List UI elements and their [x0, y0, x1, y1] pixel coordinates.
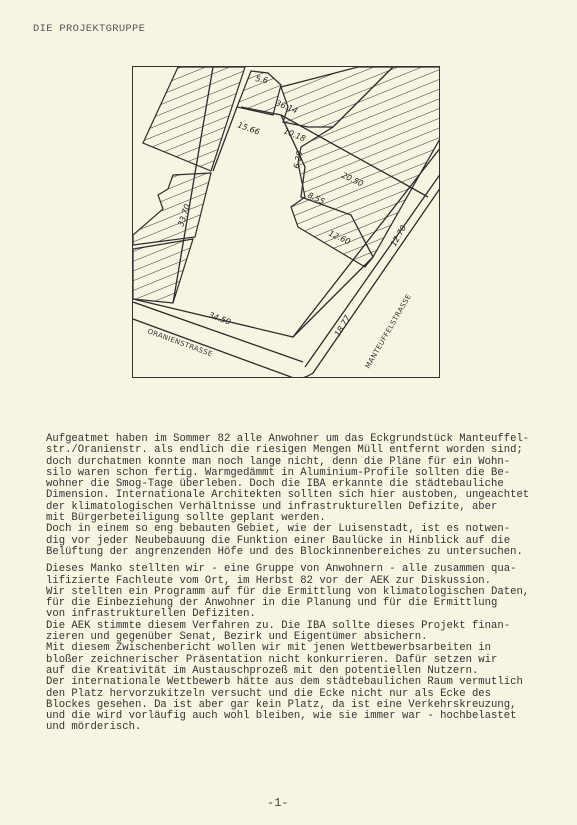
svg-text:18.77: 18.77 — [333, 313, 353, 338]
text-line: Belüftung der angrenzenden Höfe und des … — [46, 547, 576, 558]
paragraph: Dieses Manko stellten wir - eine Gruppe … — [46, 564, 576, 733]
site-plan-map: 5.6 36.14 15.66 10.18 6.20 20.50 8.55 33… — [132, 66, 440, 378]
page-title: DIE PROJEKTGRUPPE — [33, 23, 145, 35]
svg-text:12.70: 12.70 — [389, 224, 408, 248]
text-line: Mit diesem Zwischenbericht wollen wir mi… — [46, 643, 576, 654]
street-label-manteuffelstrasse: MANTEUFFELSTRASSE — [364, 293, 413, 370]
svg-text:15.66: 15.66 — [236, 120, 261, 136]
site-plan-drawing: 5.6 36.14 15.66 10.18 6.20 20.50 8.55 33… — [133, 67, 440, 378]
body-text: Aufgeatmet haben im Sommer 82 alle Anwoh… — [46, 434, 576, 734]
text-line: Der internationale Wettbewerb hätte aus … — [46, 677, 576, 688]
svg-text:34.50: 34.50 — [207, 310, 232, 326]
text-line: und mörderisch. — [46, 722, 576, 733]
street-labels: ORANIENSTRASSE MANTEUFFELSTRASSE — [146, 293, 413, 370]
text-line: Dieses Manko stellten wir - eine Gruppe … — [46, 564, 576, 575]
text-line: Doch in einem so eng bebauten Gebiet, wi… — [46, 524, 576, 535]
svg-text:10.18: 10.18 — [282, 127, 307, 144]
paragraph: Aufgeatmet haben im Sommer 82 alle Anwoh… — [46, 434, 576, 558]
text-line: str./Oranienstr. als endlich die riesige… — [46, 445, 576, 456]
page-number: -1- — [267, 796, 289, 810]
street-label-oranienstrasse: ORANIENSTRASSE — [146, 327, 213, 358]
